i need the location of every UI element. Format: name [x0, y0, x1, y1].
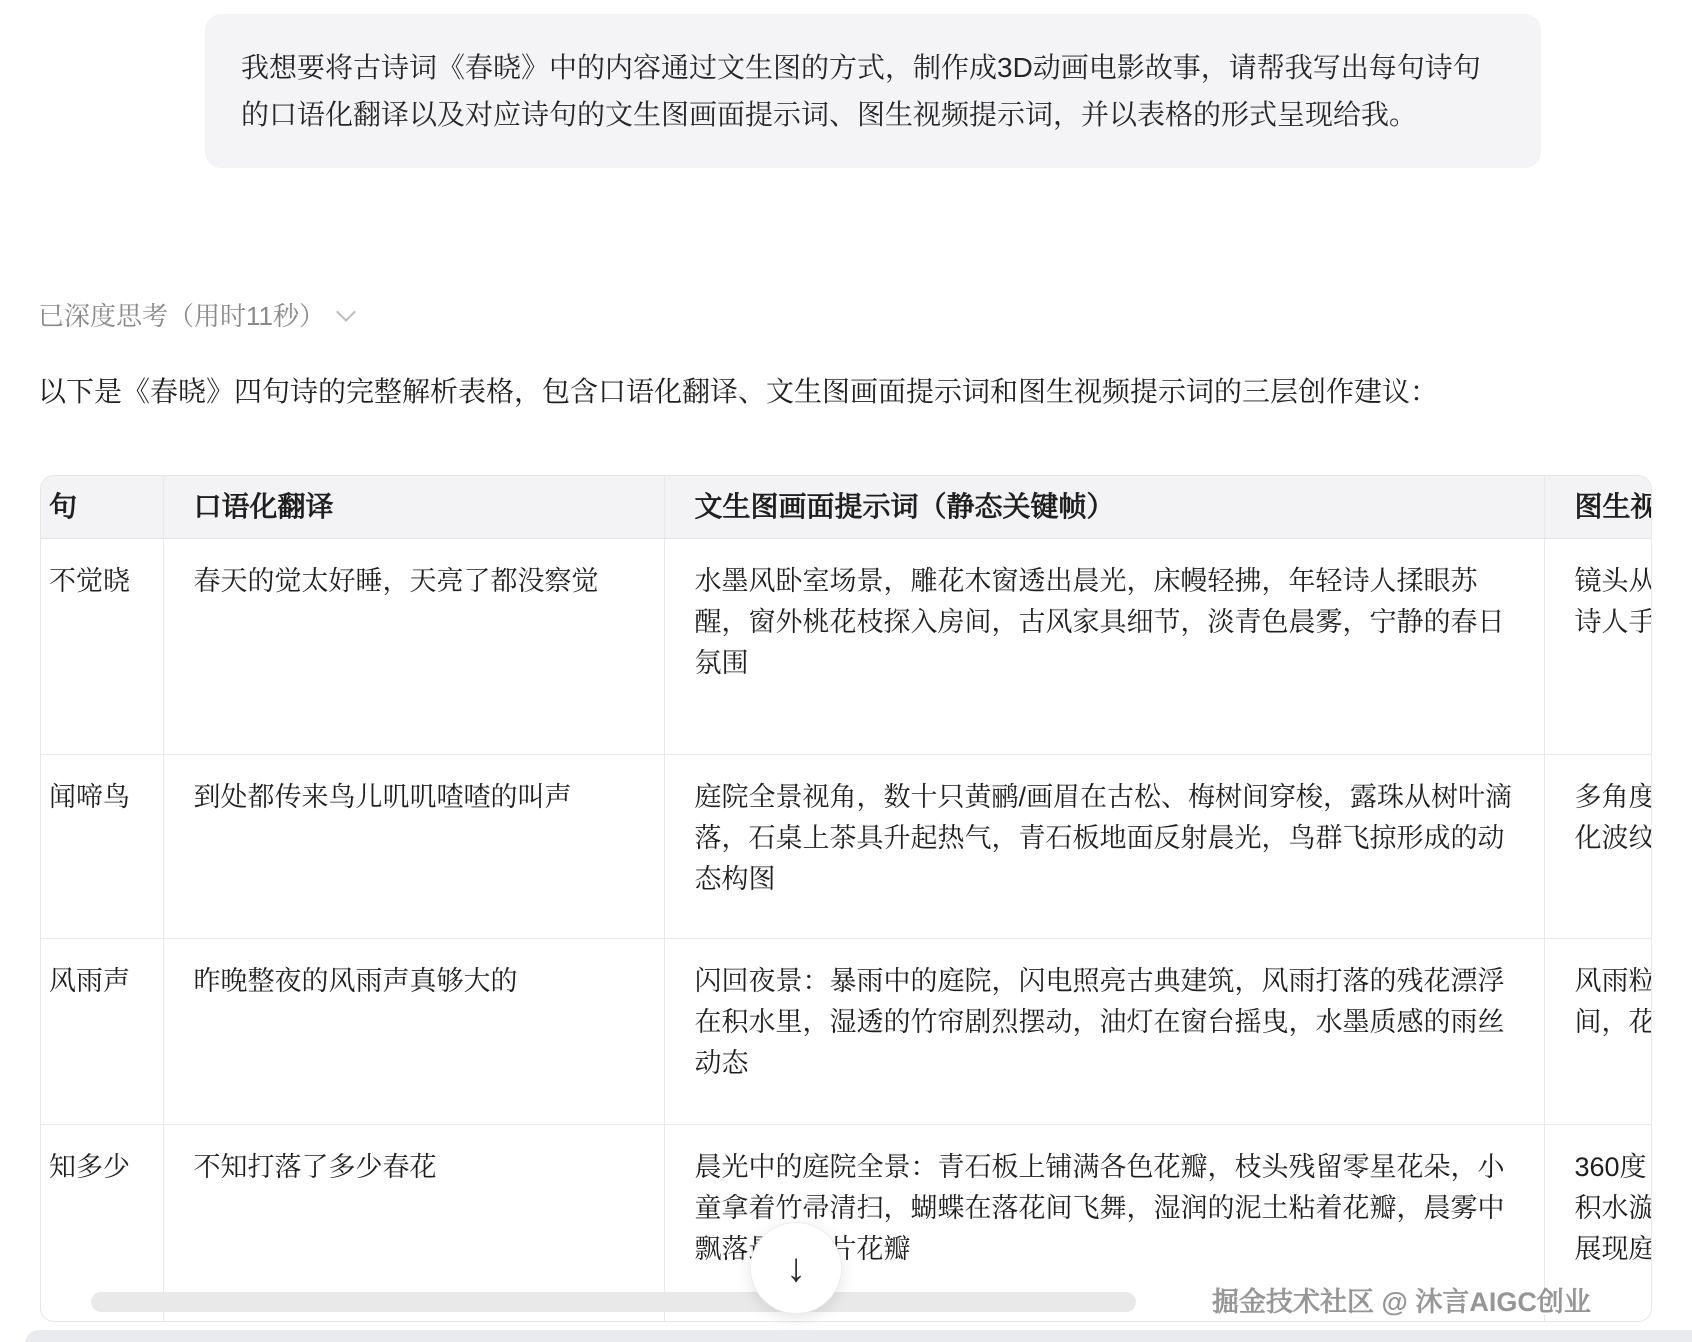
- poem-analysis-table: 句 口语化翻译 文生图画面提示词（静态关键帧） 图生视频 不觉晓 春天的觉太好睡…: [41, 476, 1652, 1322]
- column-header-translation: 口语化翻译: [163, 476, 664, 538]
- t2i-prompt-cell: 水墨风卧室场景，雕花木窗透出晨光，床幔轻拂，年轻诗人揉眼苏醒，窗外桃花枝探入房间…: [664, 538, 1544, 754]
- answer-intro-text: 以下是《春晓》四句诗的完整解析表格，包含口语化翻译、文生图画面提示词和图生视频提…: [38, 372, 1658, 412]
- i2v-prompt-cell: 镜头从 诗人手: [1544, 538, 1652, 754]
- chevron-down-icon[interactable]: [339, 301, 357, 319]
- column-header-t2i-prompt: 文生图画面提示词（静态关键帧）: [664, 476, 1544, 538]
- translation-cell: 到处都传来鸟儿叽叽喳喳的叫声: [163, 754, 664, 938]
- next-element-top-edge: [25, 1330, 1692, 1342]
- deep-thinking-label: 已深度思考（用时11秒）: [38, 296, 325, 333]
- column-header-poem-line: 句: [41, 476, 163, 538]
- poem-line-cell: 风雨声: [41, 938, 163, 1124]
- scroll-to-bottom-button[interactable]: ↓: [750, 1222, 842, 1314]
- translation-cell: 春天的觉太好睡，天亮了都没察觉: [163, 538, 664, 754]
- i2v-prompt-cell: 多角度 化波纹: [1544, 754, 1652, 938]
- table-row: 不觉晓 春天的觉太好睡，天亮了都没察觉 水墨风卧室场景，雕花木窗透出晨光，床幔轻…: [41, 538, 1652, 754]
- table-header-row: 句 口语化翻译 文生图画面提示词（静态关键帧） 图生视频: [41, 476, 1652, 538]
- translation-cell: 昨晚整夜的风雨声真够大的: [163, 938, 664, 1124]
- user-message-text: 我想要将古诗词《春晓》中的内容通过文生图的方式，制作成3D动画电影故事，请帮我写…: [241, 52, 1481, 130]
- i2v-prompt-cell: 风雨粒 间，花: [1544, 938, 1652, 1124]
- user-message-bubble: 我想要将古诗词《春晓》中的内容通过文生图的方式，制作成3D动画电影故事，请帮我写…: [205, 14, 1541, 168]
- column-header-i2v-prompt: 图生视频: [1544, 476, 1652, 538]
- poem-line-cell: 不觉晓: [41, 538, 163, 754]
- arrow-down-icon: ↓: [786, 1248, 806, 1288]
- horizontal-scrollbar-thumb[interactable]: [91, 1292, 1136, 1312]
- poem-line-cell: 闻啼鸟: [41, 754, 163, 938]
- poem-table-scroll-container[interactable]: 句 口语化翻译 文生图画面提示词（静态关键帧） 图生视频 不觉晓 春天的觉太好睡…: [40, 475, 1652, 1322]
- table-row: 风雨声 昨晚整夜的风雨声真够大的 闪回夜景：暴雨中的庭院，闪电照亮古典建筑，风雨…: [41, 938, 1652, 1124]
- t2i-prompt-cell: 闪回夜景：暴雨中的庭院，闪电照亮古典建筑，风雨打落的残花漂浮在积水里，湿透的竹帘…: [664, 938, 1544, 1124]
- deep-thinking-toggle[interactable]: 已深度思考（用时11秒）: [38, 296, 357, 332]
- table-row: 闻啼鸟 到处都传来鸟儿叽叽喳喳的叫声 庭院全景视角，数十只黄鹂/画眉在古松、梅树…: [41, 754, 1652, 938]
- watermark-text: 掘金技术社区 @ 沐言AIGC创业: [1212, 1280, 1591, 1319]
- t2i-prompt-cell: 庭院全景视角，数十只黄鹂/画眉在古松、梅树间穿梭，露珠从树叶滴落，石桌上茶具升起…: [664, 754, 1544, 938]
